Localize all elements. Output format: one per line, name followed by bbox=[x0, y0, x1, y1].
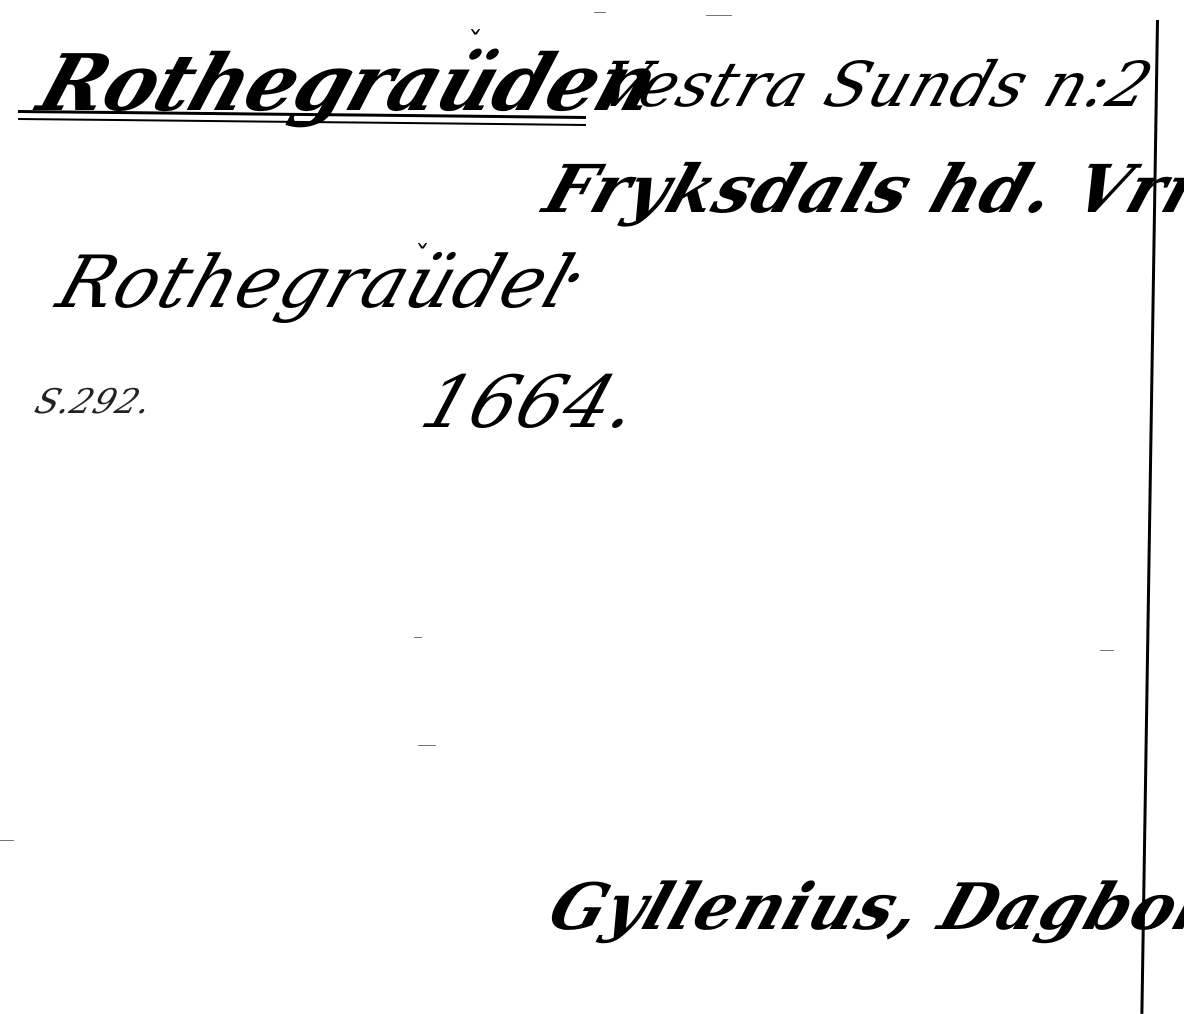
accent-mark-variant: ˇ bbox=[415, 240, 430, 275]
accent-mark: ˇ bbox=[468, 26, 483, 61]
scan-speck bbox=[0, 840, 14, 841]
scan-speck bbox=[1100, 650, 1114, 651]
location-line-2: Fryksdals hd. Vrm. bbox=[535, 150, 1184, 228]
location-line-1: Vestra Sunds n:2 bbox=[590, 48, 1162, 121]
variant-spelling: Rothegraüdeŀ bbox=[48, 240, 595, 324]
page-reference: S.292. bbox=[30, 382, 158, 422]
scan-speck bbox=[706, 15, 732, 16]
source-citation: Gyllenius, Dagboks bbox=[540, 870, 1184, 945]
scan-speck bbox=[414, 637, 422, 638]
scan-speck bbox=[418, 745, 436, 746]
index-card: Rothegraüden ˇ Vestra Sunds n:2 Fryksdal… bbox=[0, 0, 1184, 1014]
year: 1664. bbox=[412, 360, 650, 444]
scan-speck bbox=[594, 12, 606, 13]
